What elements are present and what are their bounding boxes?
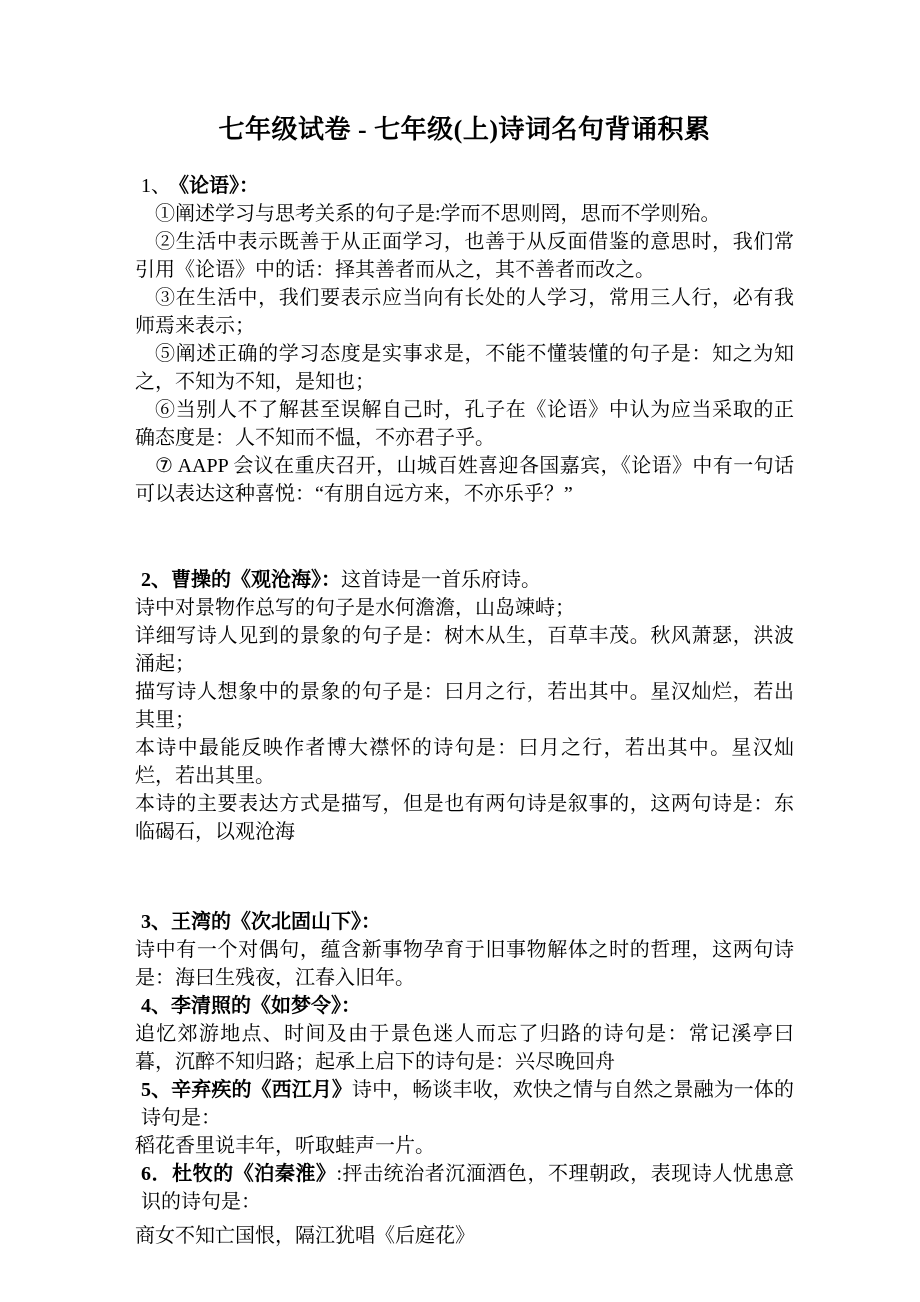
paragraph: ⑦ AAPP 会议在重庆召开，山城百姓喜迎各国嘉宾，《论语》中有一句话可以表达这… bbox=[135, 452, 794, 508]
section-lunyu: 1、《论语》： ①阐述学习与思考关系的句子是:学而不思则罔，思而不学则殆。 ②生… bbox=[135, 172, 794, 508]
section-heading: 1、《论语》： bbox=[135, 172, 794, 200]
section-xijiangyue: 5、辛弃疾的《西江月》诗中，畅谈丰收，欢快之情与自然之景融为一体的诗句是： 稻花… bbox=[135, 1076, 794, 1160]
paragraph: 描写诗人想象中的景象的句子是：曰月之行，若出其中。星汉灿烂，若出其里； bbox=[135, 678, 794, 734]
page-title: 七年级试卷 - 七年级(上)诗词名句背诵积累 bbox=[135, 114, 794, 146]
section-boqinhuai: 6．杜牧的《泊秦淮》:抨击统治者沉湎酒色，不理朝政，表现诗人忧患意识的诗句是： … bbox=[135, 1160, 794, 1250]
paragraph: 诗中对景物作总写的句子是水何澹澹，山岛竦峙； bbox=[135, 594, 794, 622]
section-number: 1、 bbox=[141, 175, 171, 197]
section-heading-text: 6．杜牧的《泊秦淮》 bbox=[141, 1163, 336, 1185]
paragraph: ①阐述学习与思考关系的句子是:学而不思则罔，思而不学则殆。 bbox=[135, 200, 794, 228]
paragraph: ⑤阐述正确的学习态度是实事求是，不能不懂装懂的句子是：知之为知之，不知为不知，是… bbox=[135, 340, 794, 396]
paragraph: 本诗的主要表达方式是描写，但是也有两句诗是叙事的，这两句诗是：东临碣石，以观沧海 bbox=[135, 790, 794, 846]
section-guancanghai: 2、曹操的《观沧海》：这首诗是一首乐府诗。 诗中对景物作总写的句子是水何澹澹，山… bbox=[135, 566, 794, 846]
section-heading-text: 《论语》： bbox=[179, 175, 259, 197]
paragraph: ②生活中表示既善于从正面学习，也善于从反面借鉴的意思时，我们常引用《论语》中的话… bbox=[135, 228, 794, 284]
section-heading: 6．杜牧的《泊秦淮》:抨击统治者沉湎酒色，不理朝政，表现诗人忧患意识的诗句是： bbox=[135, 1160, 794, 1216]
section-heading-tail: 这首诗是一首乐府诗。 bbox=[341, 569, 541, 591]
section-heading-text: 3、王湾的《次北固山下》： bbox=[141, 911, 381, 933]
section-heading: 5、辛弃疾的《西江月》诗中，畅谈丰收，欢快之情与自然之景融为一体的诗句是： bbox=[135, 1076, 794, 1132]
paragraph: 本诗中最能反映作者博大襟怀的诗句是：曰月之行，若出其中。星汉灿烂，若出其里。 bbox=[135, 734, 794, 790]
paragraph: 追忆郊游地点、时间及由于景色迷人而忘了归路的诗句是：常记溪亭曰暮，沉醉不知归路；… bbox=[135, 1020, 794, 1076]
section-rumengling: 4、李清照的《如梦令》： 追忆郊游地点、时间及由于景色迷人而忘了归路的诗句是：常… bbox=[135, 992, 794, 1076]
paragraph: ⑥当别人不了解甚至误解自己时，孔子在《论语》中认为应当采取的正确态度是：人不知而… bbox=[135, 396, 794, 452]
paragraph: ③在生活中，我们要表示应当向有长处的人学习，常用三人行，必有我师焉来表示； bbox=[135, 284, 794, 340]
section-heading-text: 4、李清照的《如梦令》： bbox=[141, 995, 361, 1017]
paragraph: 稻花香里说丰年，听取蛙声一片。 bbox=[135, 1132, 794, 1160]
section-cibeigushanxia: 3、王湾的《次北固山下》： 诗中有一个对偶句，蕴含新事物孕育于旧事物解体之时的哲… bbox=[135, 908, 794, 992]
section-heading-text: 2、曹操的《观沧海》： bbox=[141, 569, 341, 591]
document-page: 七年级试卷 - 七年级(上)诗词名句背诵积累 1、《论语》： ①阐述学习与思考关… bbox=[0, 0, 920, 1302]
section-heading: 4、李清照的《如梦令》： bbox=[135, 992, 794, 1020]
paragraph: 详细写诗人见到的景象的句子是：树木从生，百草丰茂。秋风萧瑟，洪波涌起； bbox=[135, 622, 794, 678]
section-heading: 2、曹操的《观沧海》：这首诗是一首乐府诗。 bbox=[135, 566, 794, 594]
section-heading: 3、王湾的《次北固山下》： bbox=[135, 908, 794, 936]
section-heading-text: 5、辛弃疾的《西江月》 bbox=[141, 1079, 352, 1101]
paragraph: 诗中有一个对偶句，蕴含新事物孕育于旧事物解体之时的哲理，这两句诗是：海曰生残夜，… bbox=[135, 936, 794, 992]
paragraph: 商女不知亡国恨，隔江犹唱《后庭花》 bbox=[135, 1222, 794, 1250]
